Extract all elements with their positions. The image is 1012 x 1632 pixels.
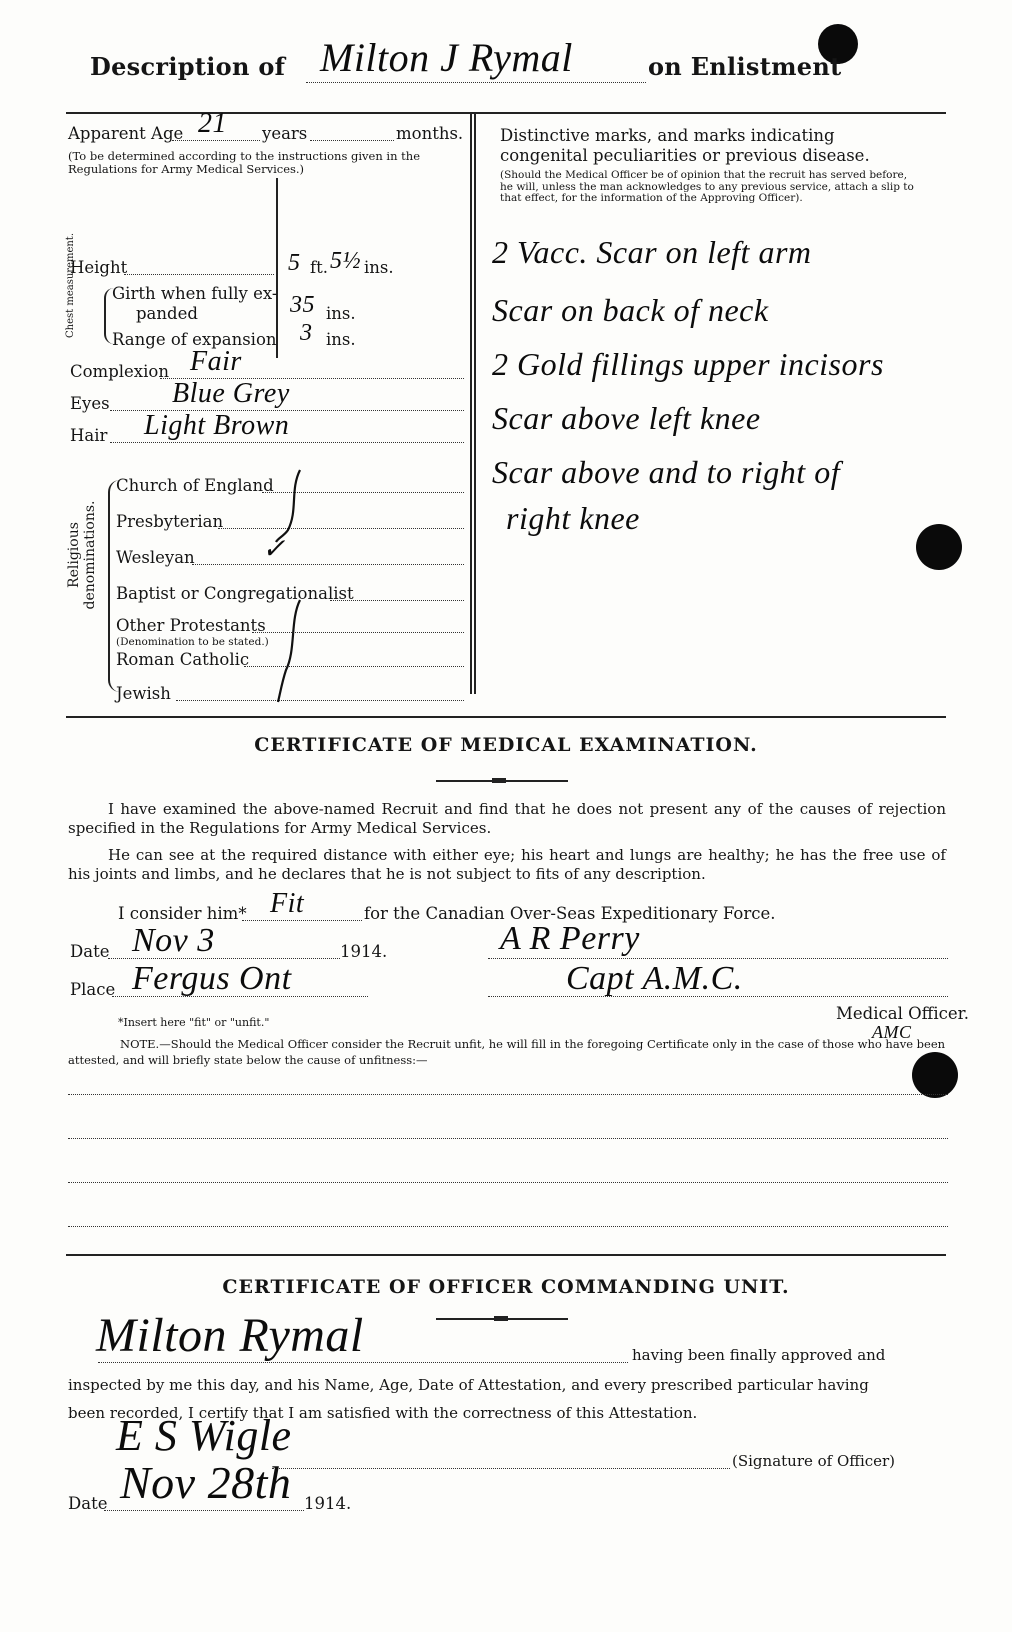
heading-ornament-center [492,778,506,783]
unfitness-line-3 [68,1182,948,1183]
distinctive-mark-entry: 2 Gold fillings upper incisors [492,346,884,383]
distinctive-marks-heading: Distinctive marks, and marks indicating … [500,126,920,166]
medical-certificate-heading: CERTIFICATE OF MEDICAL EXAMINATION. [0,734,1012,756]
oc-line-2: inspected by me this day, and his Name, … [68,1376,948,1394]
expansion-value: 3 [300,320,313,347]
officer-certificate-heading: CERTIFICATE OF OFFICER COMMANDING UNIT. [0,1276,1012,1298]
consider-prefix: I consider him* [118,904,247,923]
hair-dots [110,442,464,443]
medical-para-1: I have examined the above-named Recruit … [68,800,946,838]
medical-officer-label: Medical Officer. [836,1004,969,1023]
religion-dots-3 [330,600,464,601]
religion-jewish: Jewish [116,684,171,703]
section-rule-2 [66,1254,946,1256]
hair-label: Hair [70,426,107,445]
column-divider [470,114,472,694]
medical-note: NOTE.—Should the Medical Officer conside… [68,1036,948,1068]
eyes-value: Blue Grey [172,378,290,410]
height-inches: 5½ [330,248,361,275]
medical-date-value: Nov 3 [132,922,215,960]
age-note: (To be determined according to the instr… [68,150,460,176]
distinctive-mark-entry: Scar above and to right of [492,454,840,491]
oc-signature-dots [272,1468,730,1469]
complexion-value: Fair [190,346,242,378]
distinctive-mark-entry: right knee [506,500,640,537]
heading-ornament-center-2 [494,1316,508,1321]
oc-signature: E S Wigle [116,1410,292,1461]
religion-group-label: Religious denominations. [66,480,98,630]
place-label: Place [70,980,115,999]
religion-presbyterian: Presbyterian [116,512,223,531]
height-dots [124,274,274,275]
expansion-unit: ins. [326,330,356,349]
medical-para-2: He can see at the required distance with… [68,846,946,884]
insert-note: *Insert here "fit" or "unfit." [118,1016,269,1029]
form-title-prefix: Description of [90,52,285,81]
handwritten-bracket-marks [240,460,340,710]
medical-officer-signature: A R Perry [500,920,640,958]
unfitness-line-1 [68,1094,948,1095]
oc-recruit-name: Milton Rymal [96,1308,364,1363]
section-rule-1 [66,716,946,718]
hair-value: Light Brown [144,410,289,442]
age-dots [172,140,260,141]
height-feet: 5 [288,250,301,277]
distinctive-mark-entry: Scar on back of neck [492,292,769,329]
months-dots [310,140,394,141]
girth-unit: ins. [326,304,356,323]
oc-date-label: Date [68,1494,107,1513]
medical-officer-rank: Capt A.M.C. [566,960,743,998]
unfitness-line-2 [68,1138,948,1139]
unfitness-line-4 [68,1226,948,1227]
feet-unit: ft. [310,258,328,277]
distinctive-mark-entry: Scar above left knee [492,400,761,437]
oc-line-1: having been finally approved and [632,1346,885,1364]
inches-unit: ins. [364,258,394,277]
oc-date-dots [104,1510,304,1511]
medical-date-label: Date [70,942,109,961]
religion-wesleyan: Wesleyan [116,548,195,567]
age-value: 21 [198,108,227,140]
girth-value: 35 [290,292,315,319]
oc-date-value: Nov 28th [120,1456,291,1509]
oc-date-year: 1914. [304,1494,351,1513]
distinctive-mark-entry: 2 Vacc. Scar on left arm [492,234,812,271]
months-label: months. [396,124,463,143]
enlistment-form-page: Description of Milton J Rymal on Enlistm… [0,0,1012,1632]
religion-roman-catholic: Roman Catholic [116,650,249,669]
fitness-value: Fit [270,888,304,920]
eyes-label: Eyes [70,394,110,413]
girth-label-2: panded [136,304,198,323]
recruit-name: Milton J Rymal [320,34,573,81]
medical-signature-dots [488,958,948,959]
place-value: Fergus Ont [132,960,292,998]
consider-dots [242,920,362,921]
distinctive-marks-note: (Should the Medical Officer be of opinio… [500,170,920,205]
name-dotted-line [306,82,646,83]
years-label: years [262,124,307,143]
oc-signature-label: (Signature of Officer) [732,1452,895,1470]
form-title-suffix: on Enlistment [648,52,842,81]
age-label: Apparent Age [68,124,183,143]
complexion-label: Complexion [70,362,169,381]
height-label: Height [70,258,127,277]
chest-measurement-label: Chest measurement. [66,278,76,338]
column-divider-inner [474,114,476,694]
medical-date-year: 1914. [340,942,387,961]
punch-hole-middle [916,524,962,570]
girth-label-1: Girth when fully ex- [112,284,277,303]
